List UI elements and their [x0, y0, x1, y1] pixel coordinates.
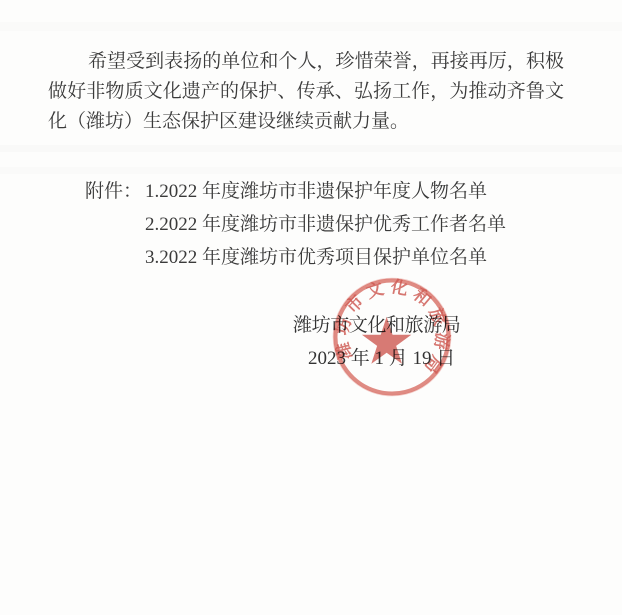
seal-group: 潍坊市文化和旅游局 — [326, 271, 458, 403]
scan-artifact-band — [0, 145, 622, 152]
seal-arc-text: 潍坊市文化和旅游局 — [326, 271, 458, 383]
attachment-item-2: 2.2022 年度潍坊市非遗保护优秀工作者名单 — [145, 210, 506, 240]
paragraph-line: 做好非物质文化遗产的保护、传承、弘扬工作，为推动齐鲁文 — [48, 77, 564, 107]
star-icon — [362, 317, 411, 364]
attachments-label: 附件： — [85, 177, 142, 207]
attachment-item-1: 1.2022 年度潍坊市非遗保护年度人物名单 — [145, 177, 487, 207]
scan-artifact-band — [0, 167, 622, 174]
official-seal: 潍坊市文化和旅游局 — [326, 271, 458, 403]
document-page: 希望受到表扬的单位和个人，珍惜荣誉，再接再厉，积极 做好非物质文化遗产的保护、传… — [0, 0, 622, 615]
seal-arc-textpath: 潍坊市文化和旅游局 — [326, 271, 458, 383]
attachment-item-3: 3.2022 年度潍坊市优秀项目保护单位名单 — [145, 243, 487, 273]
paragraph-line: 希望受到表扬的单位和个人，珍惜荣誉，再接再厉，积极 — [88, 47, 564, 77]
scan-artifact-band — [0, 22, 622, 31]
paragraph-line: 化（潍坊）生态保护区建设继续贡献力量。 — [48, 107, 409, 137]
